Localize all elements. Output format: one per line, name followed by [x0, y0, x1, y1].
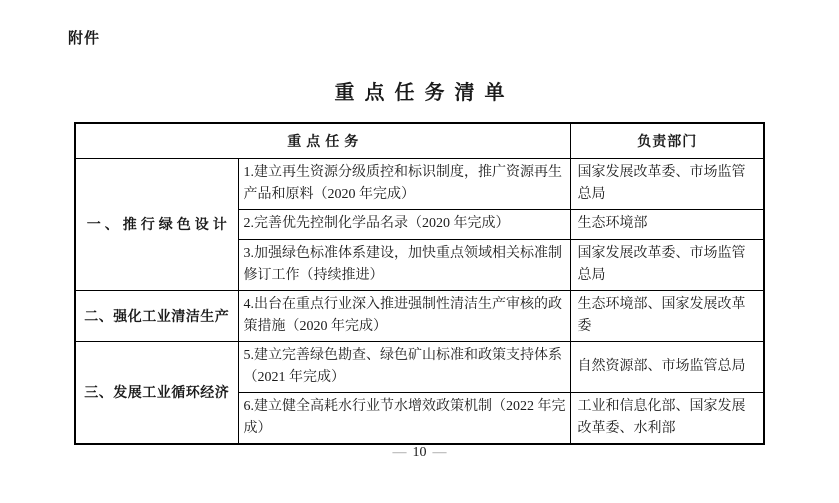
- task-cell-3: 3.加强绿色标准体系建设，加快重点领域相关标准制修订工作（持续推进）: [238, 239, 570, 290]
- department-cell-1: 国家发展改革委、市场监管总局: [570, 158, 764, 209]
- department-cell-4: 生态环境部、国家发展改革委: [570, 290, 764, 341]
- category-cell-clean-production: 二、强化工业清洁生产: [75, 290, 238, 341]
- category-cell-circular-economy: 三、发展工业循环经济: [75, 341, 238, 444]
- attachment-label: 附件: [68, 27, 100, 48]
- table-row: 二、强化工业清洁生产 4.出台在重点行业深入推进强制性清洁生产审核的政策措施（2…: [75, 290, 764, 341]
- table-header-row: 重点任务 负责部门: [75, 123, 764, 158]
- task-cell-6: 6.建立健全高耗水行业节水增效政策机制（2022 年完成）: [238, 392, 570, 444]
- footer-dash-right: —: [433, 445, 447, 460]
- category-cell-green-design: 一、推行绿色设计: [75, 158, 238, 290]
- task-cell-5: 5.建立完善绿色勘查、绿色矿山标准和政策支持体系（2021 年完成）: [238, 341, 570, 392]
- page-footer: —10—: [0, 445, 839, 461]
- department-cell-6: 工业和信息化部、国家发展改革委、水利部: [570, 392, 764, 444]
- header-cell-department: 负责部门: [570, 123, 764, 158]
- department-cell-2: 生态环境部: [570, 209, 764, 239]
- footer-dash-left: —: [393, 445, 407, 460]
- department-cell-5: 自然资源部、市场监管总局: [570, 341, 764, 392]
- page-title: 重点任务清单: [0, 76, 839, 105]
- task-cell-2: 2.完善优先控制化学品名录（2020 年完成）: [238, 209, 570, 239]
- header-cell-tasks: 重点任务: [75, 123, 570, 158]
- table-row: 三、发展工业循环经济 5.建立完善绿色勘查、绿色矿山标准和政策支持体系（2021…: [75, 341, 764, 392]
- page-number: 10: [407, 445, 433, 460]
- task-cell-1: 1.建立再生资源分级质控和标识制度，推广资源再生产品和原料（2020 年完成）: [238, 158, 570, 209]
- department-cell-3: 国家发展改革委、市场监管总局: [570, 239, 764, 290]
- task-cell-4: 4.出台在重点行业深入推进强制性清洁生产审核的政策措施（2020 年完成）: [238, 290, 570, 341]
- table-row: 一、推行绿色设计 1.建立再生资源分级质控和标识制度，推广资源再生产品和原料（2…: [75, 158, 764, 209]
- task-table: 重点任务 负责部门 一、推行绿色设计 1.建立再生资源分级质控和标识制度，推广资…: [74, 122, 765, 445]
